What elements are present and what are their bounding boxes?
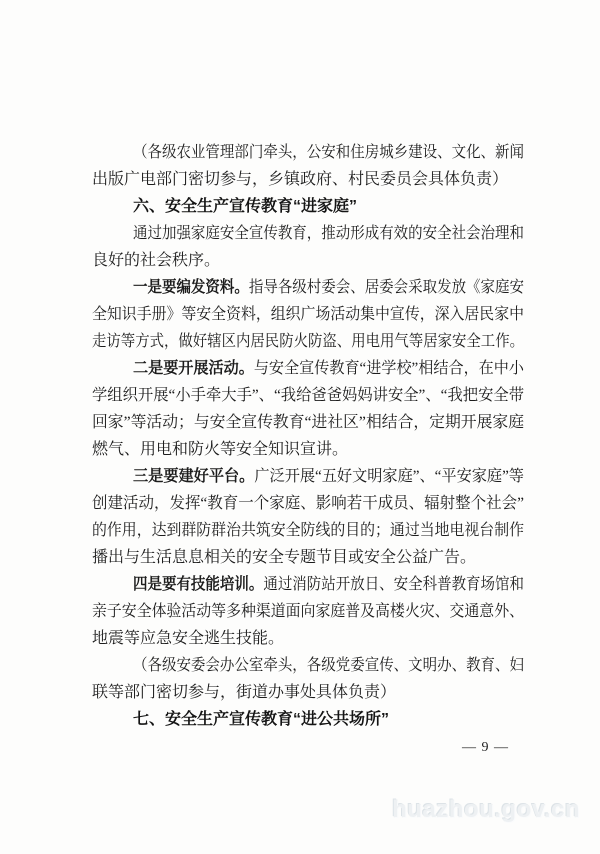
line-content: 出版广电部门密切参与，乡镇政府、村民委员会具体负责） bbox=[92, 166, 508, 193]
line-content: （各级农业管理部门牵头，公安和住房城乡建设、文化、新闻 bbox=[133, 139, 524, 166]
line-text: 出版广电部门密切参与，乡镇政府、村民委员会具体负责） bbox=[92, 171, 508, 188]
page-number: — 9 — bbox=[462, 740, 509, 756]
line-content: 走访等方式，做好辖区内居民防火防盗、用电用气等居家安全工作。 bbox=[92, 328, 524, 355]
document-line: 联等部门密切参与，街道办事处具体负责） bbox=[92, 679, 524, 706]
line-text: 燃气、用电和防火等安全知识宣讲。 bbox=[92, 441, 348, 458]
line-text: 学组织开展“小手牵大手”、“我给爸爸妈妈讲安全”、“我把安全带 bbox=[92, 387, 524, 404]
line-content: （各级安委会办公室牵头，各级党委宣传、文明办、教育、妇 bbox=[133, 652, 524, 679]
line-text: 七、安全生产宣传教育“进公共场所” bbox=[133, 711, 389, 728]
line-content: 的作用，达到群防群治共筑安全防线的目的；通过当地电视台制作 bbox=[92, 517, 524, 544]
line-content: 七、安全生产宣传教育“进公共场所” bbox=[133, 706, 389, 733]
document-line: 六、安全生产宣传教育“进家庭” bbox=[92, 193, 524, 220]
document-line: 地震等应急安全逃生技能。 bbox=[92, 625, 524, 652]
document-line: 二是要开展活动。与安全宣传教育“进学校”相结合，在中小 bbox=[92, 355, 524, 382]
document-line: 四是要有技能培训。通过消防站开放日、安全科普教育场馆和 bbox=[92, 571, 524, 598]
line-content: 燃气、用电和防火等安全知识宣讲。 bbox=[92, 436, 348, 463]
document-line: 亲子安全体验活动等多种渠道面向家庭普及高楼火灾、交通意外、 bbox=[92, 598, 524, 625]
line-content: 四是要有技能培训。通过消防站开放日、安全科普教育场馆和 bbox=[133, 571, 524, 598]
document-line: （各级农业管理部门牵头，公安和住房城乡建设、文化、新闻 bbox=[92, 139, 524, 166]
document-line: 的作用，达到群防群治共筑安全防线的目的；通过当地电视台制作 bbox=[92, 517, 524, 544]
document-line: 通过加强家庭安全宣传教育，推动形成有效的安全社会治理和 bbox=[92, 220, 524, 247]
line-text: 的作用，达到群防群治共筑安全防线的目的；通过当地电视台制作 bbox=[92, 522, 524, 539]
line-text: 广泛开展“五好文明家庭”、“平安家庭”等 bbox=[254, 468, 524, 485]
line-content: 联等部门密切参与，街道办事处具体负责） bbox=[92, 679, 396, 706]
document-line: （各级安委会办公室牵头，各级党委宣传、文明办、教育、妇 bbox=[92, 652, 524, 679]
line-content: 全知识手册》等安全资料，组织广场活动集中宣传，深入居民家中 bbox=[92, 301, 524, 328]
line-text: 走访等方式，做好辖区内居民防火防盗、用电用气等居家安全工作。 bbox=[92, 333, 524, 350]
document-line: 出版广电部门密切参与，乡镇政府、村民委员会具体负责） bbox=[92, 166, 524, 193]
line-content: 播出与生活息息相关的安全专题节目或安全公益广告。 bbox=[92, 544, 476, 571]
line-text: 全知识手册》等安全资料，组织广场活动集中宣传，深入居民家中 bbox=[92, 306, 524, 323]
line-text: 创建活动，发挥“教育一个家庭、影响若干成员、辐射整个社会” bbox=[92, 495, 524, 512]
line-text: 良好的社会秩序。 bbox=[92, 252, 220, 269]
line-text: 六、安全生产宣传教育“进家庭” bbox=[133, 198, 357, 215]
line-content: 回家”等活动；与安全宣传教育“进社区”相结合，定期开展家庭 bbox=[92, 409, 524, 436]
line-lead: 二是要开展活动。 bbox=[133, 360, 254, 377]
document-line: 创建活动，发挥“教育一个家庭、影响若干成员、辐射整个社会” bbox=[92, 490, 524, 517]
line-text: 指导各级村委会、居委会采取发放《家庭安 bbox=[249, 279, 524, 296]
document-line: 播出与生活息息相关的安全专题节目或安全公益广告。 bbox=[92, 544, 524, 571]
document-line: 燃气、用电和防火等安全知识宣讲。 bbox=[92, 436, 524, 463]
text-block: （各级农业管理部门牵头，公安和住房城乡建设、文化、新闻出版广电部门密切参与，乡镇… bbox=[92, 139, 524, 733]
line-content: 学组织开展“小手牵大手”、“我给爸爸妈妈讲安全”、“我把安全带 bbox=[92, 382, 524, 409]
line-content: 三是要建好平台。广泛开展“五好文明家庭”、“平安家庭”等 bbox=[133, 463, 524, 490]
watermark-text: huazhou.gov.cn bbox=[392, 796, 580, 824]
document-line: 良好的社会秩序。 bbox=[92, 247, 524, 274]
document-line: 学组织开展“小手牵大手”、“我给爸爸妈妈讲安全”、“我把安全带 bbox=[92, 382, 524, 409]
line-text: 播出与生活息息相关的安全专题节目或安全公益广告。 bbox=[92, 549, 476, 566]
line-text: 亲子安全体验活动等多种渠道面向家庭普及高楼火灾、交通意外、 bbox=[92, 603, 524, 620]
line-content: 六、安全生产宣传教育“进家庭” bbox=[133, 193, 357, 220]
line-text: 回家”等活动；与安全宣传教育“进社区”相结合，定期开展家庭 bbox=[92, 414, 524, 431]
line-text: 地震等应急安全逃生技能。 bbox=[92, 630, 284, 647]
line-text: （各级安委会办公室牵头，各级党委宣传、文明办、教育、妇 bbox=[133, 657, 524, 674]
document-line: 一是要编发资料。指导各级村委会、居委会采取发放《家庭安 bbox=[92, 274, 524, 301]
line-content: 良好的社会秩序。 bbox=[92, 247, 220, 274]
line-content: 亲子安全体验活动等多种渠道面向家庭普及高楼火灾、交通意外、 bbox=[92, 598, 524, 625]
document-line: 七、安全生产宣传教育“进公共场所” bbox=[92, 706, 524, 733]
document-line: 全知识手册》等安全资料，组织广场活动集中宣传，深入居民家中 bbox=[92, 301, 524, 328]
line-lead: 四是要有技能培训。 bbox=[133, 576, 263, 593]
line-text: 与安全宣传教育“进学校”相结合，在中小 bbox=[254, 360, 524, 377]
line-lead: 一是要编发资料。 bbox=[133, 279, 249, 296]
line-text: （各级农业管理部门牵头，公安和住房城乡建设、文化、新闻 bbox=[133, 144, 524, 161]
line-content: 二是要开展活动。与安全宣传教育“进学校”相结合，在中小 bbox=[133, 355, 524, 382]
line-text: 联等部门密切参与，街道办事处具体负责） bbox=[92, 684, 396, 701]
line-lead: 三是要建好平台。 bbox=[133, 468, 254, 485]
line-text: 通过消防站开放日、安全科普教育场馆和 bbox=[263, 576, 524, 593]
scanned-document-page: （各级农业管理部门牵头，公安和住房城乡建设、文化、新闻出版广电部门密切参与，乡镇… bbox=[0, 0, 600, 854]
line-text: 通过加强家庭安全宣传教育，推动形成有效的安全社会治理和 bbox=[133, 225, 524, 242]
document-line: 回家”等活动；与安全宣传教育“进社区”相结合，定期开展家庭 bbox=[92, 409, 524, 436]
line-content: 地震等应急安全逃生技能。 bbox=[92, 625, 284, 652]
document-line: 走访等方式，做好辖区内居民防火防盗、用电用气等居家安全工作。 bbox=[92, 328, 524, 355]
line-content: 创建活动，发挥“教育一个家庭、影响若干成员、辐射整个社会” bbox=[92, 490, 524, 517]
line-content: 一是要编发资料。指导各级村委会、居委会采取发放《家庭安 bbox=[133, 274, 524, 301]
document-line: 三是要建好平台。广泛开展“五好文明家庭”、“平安家庭”等 bbox=[92, 463, 524, 490]
line-content: 通过加强家庭安全宣传教育，推动形成有效的安全社会治理和 bbox=[133, 220, 524, 247]
